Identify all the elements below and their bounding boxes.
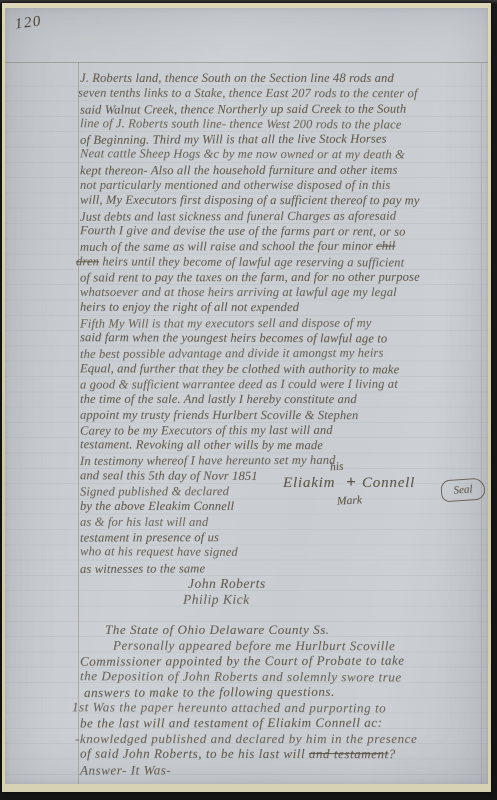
handwritten-line: testament in presence of us xyxy=(80,529,494,545)
struck-word: and testament xyxy=(309,746,389,761)
testator-last-name: Connell xyxy=(362,475,415,492)
struck-word: dren xyxy=(76,254,99,268)
text-segment: whatsoever and at those heirs arriving a… xyxy=(80,285,397,299)
text-segment: appoint my trusty friends Hurlbert Scovi… xyxy=(80,407,358,421)
text-segment: the Deposition of John Roberts and solem… xyxy=(80,668,402,684)
text-segment: said farm when the youngest heirs become… xyxy=(80,330,387,345)
text-segment: of said rent to pay the taxes on the far… xyxy=(80,270,420,285)
handwritten-line: whatsoever and at those heirs arriving a… xyxy=(80,285,494,301)
handwritten-line: will, My Executors first disposing of a … xyxy=(80,193,494,209)
handwritten-line: In testimony whereof I have hereunto set… xyxy=(80,453,494,470)
text-segment: as & for his last will and xyxy=(80,514,208,528)
mark-label: Mark xyxy=(337,494,363,507)
handwritten-line: Personally appeared before me Hurlburt S… xyxy=(113,637,494,653)
ledger-page-photo: 120 J. Roberts land, thence South on the… xyxy=(0,0,497,800)
handwritten-line: J. Roberts land, thence South on the Sec… xyxy=(80,71,494,86)
text-segment: ? xyxy=(389,746,396,761)
text-segment: of Beginning. Third my Will is that all … xyxy=(80,132,387,147)
handwritten-line: as & for his last will and xyxy=(80,514,494,530)
handwritten-line: by the above Eleakim Connell xyxy=(80,499,494,515)
testator-first-name: Eliakim xyxy=(283,475,335,492)
his-label: his xyxy=(330,461,344,474)
text-segment: testament in presence of us xyxy=(80,530,219,544)
handwritten-line: not particularly mentioned and otherwise… xyxy=(80,178,494,193)
text-segment: Fifth My Will is that my executors sell … xyxy=(80,315,372,330)
handwritten-line: dren heirs until they become of lawful a… xyxy=(76,254,494,271)
text-segment: heirs to enjoy the right of all not expe… xyxy=(80,300,299,314)
text-segment: 1st Was the paper hereunto attached and … xyxy=(72,699,386,715)
text-segment: In testimony whereof I have hereunto set… xyxy=(80,453,336,468)
handwritten-line: Philip Kick xyxy=(183,591,494,607)
handwritten-line: seven tenths links to a Stake, thence Ea… xyxy=(78,86,494,102)
text-segment: Equal, and further that they be clothed … xyxy=(80,361,399,376)
text-segment: Answer- It Was- xyxy=(80,762,171,777)
struck-word: chil xyxy=(376,239,395,253)
handwritten-line: of said John Roberts, to be his last wil… xyxy=(80,746,494,762)
handwritten-line: the Deposition of John Roberts and solem… xyxy=(80,668,494,685)
text-segment: seven tenths links to a Stake, thence Ea… xyxy=(78,86,418,101)
seal-label: Seal xyxy=(453,483,473,496)
text-segment: -knowledged published and declared by hi… xyxy=(75,730,417,745)
text-segment: a good & sufficient warrantee deed as I … xyxy=(80,377,398,392)
handwritten-line: Carey to be my Executors of this my last… xyxy=(80,422,494,439)
probate-text-block: The State of Ohio Delaware County Ss.Per… xyxy=(80,622,494,777)
handwritten-line: the time of the sale. And lastly I hereb… xyxy=(80,392,494,408)
handwritten-line: appoint my trusty friends Hurlbert Scovi… xyxy=(80,407,494,423)
text-segment: not particularly mentioned and otherwise… xyxy=(80,178,390,192)
text-segment: John Roberts xyxy=(188,576,266,591)
text-segment: Philip Kick xyxy=(183,591,250,606)
text-segment: Neat cattle Sheep Hogs &c by me now owne… xyxy=(80,147,405,162)
text-segment: who at his request have signed xyxy=(80,544,238,559)
handwritten-line: Fifth My Will is that my executors sell … xyxy=(80,315,494,332)
handwritten-line: 1st Was the paper hereunto attached and … xyxy=(72,699,494,716)
handwritten-line: Commissioner appointed by the Court of P… xyxy=(80,652,494,669)
text-segment: of said John Roberts, to be his last wil… xyxy=(80,746,309,761)
text-segment: Fourth I give and devise the use of the … xyxy=(80,223,406,238)
will-text-block: J. Roberts land, thence South on the Sec… xyxy=(80,71,494,576)
page-number: 120 xyxy=(14,13,43,33)
text-segment: Carey to be my Executors of this my last… xyxy=(80,423,333,438)
handwritten-line: much of the same as will raise and schoo… xyxy=(80,238,494,255)
text-segment: the time of the sale. And lastly I hereb… xyxy=(80,392,357,406)
text-segment: Personally appeared before me Hurlburt S… xyxy=(113,637,395,653)
text-segment: said Walnut Creek, thence Northerly up s… xyxy=(80,101,406,116)
text-segment: will, My Executors first disposing of a … xyxy=(80,193,420,208)
text-segment: Just debts and last sickness and funeral… xyxy=(80,208,396,223)
text-segment: much of the same as will raise and schoo… xyxy=(80,239,376,254)
signature-cross-mark: + xyxy=(346,472,356,492)
handwritten-line: said Walnut Creek, thence Northerly up s… xyxy=(80,101,494,118)
handwritten-line: as witnesses to the same xyxy=(80,560,494,577)
handwritten-line: kept thereon- Also all the household fur… xyxy=(80,162,494,178)
witness-signatures-block: John RobertsPhilip Kick xyxy=(80,576,494,607)
text-segment: Signed published & declared xyxy=(80,484,229,498)
handwritten-line: Neat cattle Sheep Hogs &c by me now owne… xyxy=(80,147,494,164)
handwritten-line: answers to make to the following questio… xyxy=(84,683,494,700)
handwritten-line: the best possible advantage and divide i… xyxy=(80,345,494,362)
handwritten-line: be the last will and testament of Eliaki… xyxy=(80,715,494,731)
handwritten-line: -knowledged published and declared by hi… xyxy=(75,730,494,746)
left-margin-rule xyxy=(78,62,79,784)
handwritten-line: who at his request have signed xyxy=(80,544,494,561)
handwritten-line: Equal, and further that they be clothed … xyxy=(80,361,494,378)
handwritten-line: Answer- It Was- xyxy=(80,761,494,778)
handwritten-line: a good & sufficient warrantee deed as I … xyxy=(80,376,494,392)
text-segment: J. Roberts land, thence South on the Sec… xyxy=(80,71,394,85)
text-segment: be the last will and testament of Eliaki… xyxy=(80,715,383,731)
text-segment: the best possible advantage and divide i… xyxy=(80,346,384,361)
handwritten-line: The State of Ohio Delaware County Ss. xyxy=(105,622,494,638)
text-segment: heirs until they become of lawful age re… xyxy=(99,254,404,269)
text-segment: kept thereon- Also all the household fur… xyxy=(80,163,398,178)
seal-stamp: Seal xyxy=(440,477,485,502)
text-segment: Commissioner appointed by the Court of P… xyxy=(80,653,405,669)
text-segment: answers to make to the following questio… xyxy=(84,684,335,700)
handwritten-line: heirs to enjoy the right of all not expe… xyxy=(80,300,494,316)
text-segment: as witnesses to the same xyxy=(80,561,205,576)
handwritten-line: of said rent to pay the taxes on the far… xyxy=(80,269,494,285)
handwritten-line: John Roberts xyxy=(188,576,494,592)
text-segment: line of J. Roberts south line- thence We… xyxy=(80,116,402,131)
text-segment: by the above Eleakim Connell xyxy=(80,499,234,513)
text-segment: testament. Revoking all other wills by m… xyxy=(80,437,323,452)
text-segment: and seal this 5th day of Novr 1851 xyxy=(80,468,258,483)
handwritten-line: Just debts and last sickness and funeral… xyxy=(80,208,494,225)
text-segment: The State of Ohio Delaware County Ss. xyxy=(105,622,330,637)
